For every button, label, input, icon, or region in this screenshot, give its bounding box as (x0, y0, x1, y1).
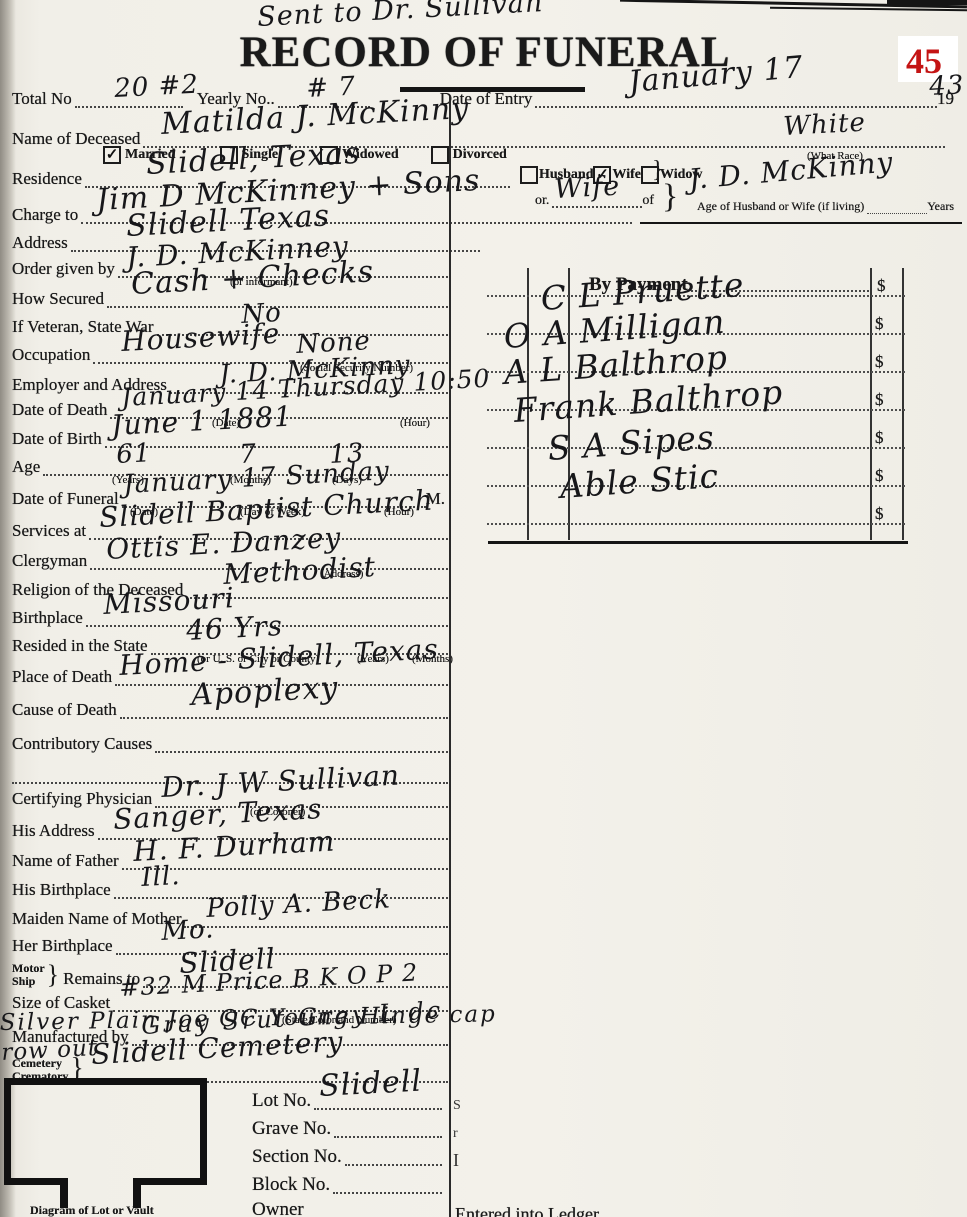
top-line-row: Total No Yearly No.. Date of Entry 19 20… (12, 88, 957, 108)
handwritten-value: Apoplexy (190, 673, 339, 711)
field-label: Date of Birth (12, 429, 105, 448)
field-label: Maiden Name of Mother (12, 909, 184, 928)
dotted-line (333, 1172, 442, 1194)
years-label: Years (927, 199, 957, 214)
handwritten-or-value: Wife (554, 173, 621, 203)
handwritten-value: Mo. (161, 916, 215, 945)
handwritten-value: 46 Yrs (186, 612, 284, 645)
funeral-record-page: Sent to Dr. Sullivan RECORD OF FUNERAL 4… (0, 0, 967, 1217)
table-column-line (902, 268, 904, 540)
motor-ship-stack: Motor Ship (12, 962, 45, 988)
handwritten-age-years: 61 (116, 440, 152, 468)
field-row-how-secured: How Secured Cash + Checks (12, 288, 448, 308)
field-label: Services at (12, 521, 89, 540)
dotted-line (155, 733, 448, 753)
married-checkbox[interactable]: ✓ (103, 146, 121, 164)
field-label: Cause of Death (12, 700, 120, 719)
field-label: Section No. (252, 1147, 345, 1166)
dotted-line (345, 1144, 442, 1166)
edge-fragment: r (453, 1126, 458, 1142)
handwritten-spouse-name: J. D. McKinny (688, 148, 895, 194)
dollar-sign: $ (875, 390, 884, 410)
field-row-section-no: Section No. (252, 1144, 442, 1166)
dotted-line (867, 198, 927, 214)
dotted-line (535, 88, 937, 108)
field-label: Owner (252, 1200, 307, 1217)
table-column-line (870, 268, 872, 540)
edge-fragment: I (453, 1150, 459, 1171)
field-label: Occupation (12, 345, 93, 364)
field-row-block-no: Block No. (252, 1172, 442, 1194)
column-divider-line (449, 96, 451, 1217)
field-label: Lot No. (252, 1091, 314, 1110)
field-row-ledger: Entered into Ledger (455, 1202, 955, 1217)
field-label: Date of Death (12, 400, 110, 419)
divorced-checkbox[interactable] (431, 146, 449, 164)
dollar-sign: $ (875, 428, 884, 448)
field-row-date-of-birth: Date of Birth June 1 1881 (12, 428, 448, 448)
brace: } (47, 962, 59, 988)
payment-table: By Payment $ $ $ $ $ $ $ C L Pruette O A… (497, 268, 905, 544)
field-label: Age (12, 457, 43, 476)
rule-line (640, 222, 962, 224)
handwritten-note: Sent to Dr. Sullivan (257, 0, 544, 31)
handwritten-value: 20 #2 (114, 72, 200, 102)
field-label: Place of Death (12, 667, 115, 686)
field-label: Name of Father (12, 851, 122, 870)
field-label: How Secured (12, 289, 107, 308)
cemetery-label: Cemetery (12, 1057, 68, 1070)
field-label: Block No. (252, 1175, 333, 1194)
field-row-contributory: Contributory Causes (12, 733, 448, 753)
table-bottom-line (488, 541, 908, 544)
dollar-sign: $ (877, 276, 886, 296)
brace: } (662, 180, 678, 214)
field-label: His Address (12, 821, 98, 840)
husband-checkbox[interactable] (520, 166, 538, 184)
dollar-sign: $ (875, 504, 884, 524)
dotted-line (307, 1197, 442, 1217)
handwritten-payer: Able Stic (559, 459, 720, 503)
field-label: His Birthplace (12, 880, 114, 899)
field-label: Entered into Ledger (455, 1205, 602, 1217)
of-label: of (642, 193, 657, 208)
lot-diagram (2, 1075, 212, 1210)
field-label: Order given by (12, 259, 118, 278)
handwritten-value: Housewife (121, 320, 281, 356)
field-row-lot-no: Lot No. Slidell (252, 1088, 442, 1110)
field-label: Clergyman (12, 551, 90, 570)
edge-fragment: S (453, 1098, 461, 1114)
table-row-line (487, 523, 905, 525)
field-row-owner: Owner (252, 1197, 442, 1217)
field-row-grave-no: Grave No. (252, 1116, 442, 1138)
field-label: Her Birthplace (12, 936, 116, 955)
dotted-line (334, 1116, 442, 1138)
total-no-label: Total No (12, 89, 75, 108)
field-label: Charge to (12, 205, 81, 224)
field-row-maiden-name: Maiden Name of Mother Polly A. Beck (12, 908, 448, 928)
field-label: Contributory Causes (12, 734, 155, 753)
age-of-spouse-row: Age of Husband or Wife (if living) Years (697, 198, 957, 214)
handwritten-value: 43 (929, 72, 965, 100)
field-label: Address (12, 233, 71, 252)
field-label: Residence (12, 169, 85, 188)
field-label: Birthplace (12, 608, 86, 627)
dollar-sign: $ (875, 314, 884, 334)
handwritten-value: Ill. (141, 863, 181, 891)
diagram-caption: Diagram of Lot or Vault (30, 1203, 154, 1217)
handwritten-value: Methodist (223, 553, 377, 589)
dotted-line (602, 1202, 955, 1217)
field-row-name-of-father: Name of Father H. F. Durham (12, 850, 448, 870)
ship-label: Ship (12, 975, 45, 988)
marital-option: Divorced (431, 146, 507, 164)
scan-corner-mark (887, 0, 967, 5)
motor-label: Motor (12, 962, 45, 975)
dollar-sign: $ (875, 352, 884, 372)
field-row-name: Name of Deceased Matilda J. McKinny Whit… (12, 128, 945, 148)
handwritten-race: White (783, 110, 867, 140)
field-row-cause-of-death: Cause of Death Apoplexy (12, 699, 448, 719)
dollar-sign: $ (875, 466, 884, 486)
handwritten-value: Slidell (318, 1067, 422, 1102)
age-of-spouse-label: Age of Husband or Wife (if living) (697, 199, 867, 214)
divorced-label: Divorced (453, 147, 507, 163)
field-label: Grave No. (252, 1119, 334, 1138)
